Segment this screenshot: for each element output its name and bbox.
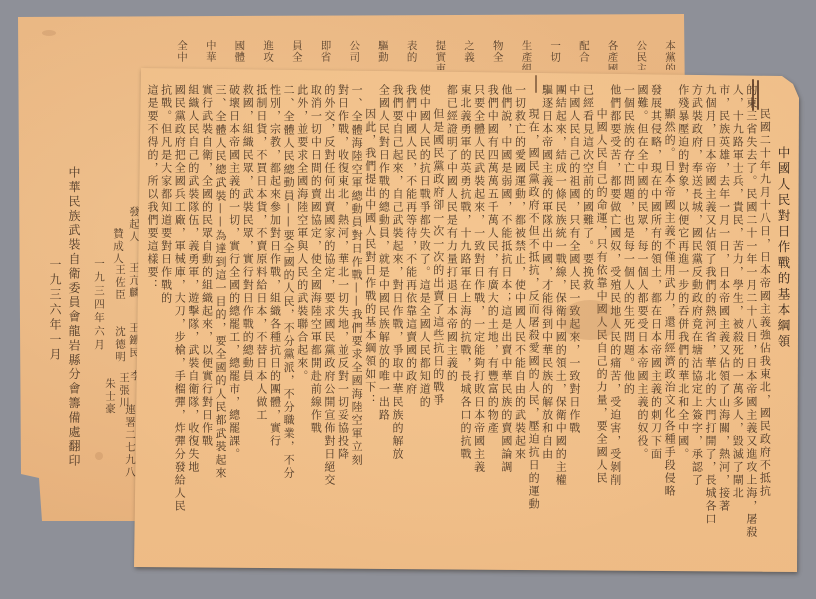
text-column: 發展其侵略，現在中國所有的領土，都在日本帝國主義的刺刀下面 — [650, 84, 663, 560]
staple-mark — [535, 75, 537, 93]
text-column: 一切救亡的愛國運動，都被禁止，使中國人民不能自由的武裝起來 — [513, 84, 526, 560]
text-column: 九個月，日本帝國主義又佔領了我們的熱河省，華北的大門打開了，長城各口 — [704, 84, 717, 560]
text-column: 一個民族的存亡問題，也是每一個人的生死問題。他的 — [622, 84, 635, 560]
text-column: 作殘暴壓迫的對象，以便它再進一步的吞併我們的華北和全中國。 — [677, 84, 690, 560]
text-column: 抗戰。但凡是大家都知道要對日作戰的 — [160, 84, 173, 560]
text-column: 東北義勇軍的英勇抗戰，十九路軍在上海的抗戰，長城各口的抗戰 — [459, 84, 472, 560]
text-column: 民國二十年九月十八日，日本帝國主義強佔我東北，國民政府不抵抗 — [758, 84, 771, 560]
text-column: 對日作戰，收復東北，熱河，華北一切失地，並反對一切妥協投降 — [337, 84, 350, 560]
text-column: 國難。但在全中國的民眾，每一個人都要受日本帝國主義的奴役。 — [636, 84, 649, 560]
staple-mark — [757, 80, 759, 110]
text-column: 他們說，中國是弱國，不能抵抗日本；這是出賣中華民族的賣國論調 — [500, 84, 513, 560]
text-column: 取消一切中日間的賣國協定，使全國海陸空軍都開赴前線作戰 — [309, 84, 322, 560]
text-column: 的外交，反對任何出賣國家的協定，要求國民黨政府公開宣佈對日絕交 — [323, 84, 336, 560]
section-heading-column: 二、全體人民總動員——要全國的人民，不分黨派，不分職業，不分 — [282, 84, 295, 560]
text-column: 國民黨政府把全國兵工廠，軍械庫，大刀，步槍，手榴彈，炸彈分發給人民 — [173, 84, 186, 560]
text-column: 現在，國民黨政府不但不抵抗，反而屠殺愛國的人民，壓迫抗日的運動 — [527, 84, 540, 560]
document-title: 中國人民對日作戰的基本綱領 — [776, 146, 790, 350]
text-column: 我們中國人民，不能再等待，不能再依靠這賣國的政府 — [405, 84, 418, 560]
text-column: 全國人民對日作戰的總動員，就是中國民族解放的唯一出路 — [377, 84, 390, 560]
text-column: 性別，宗教，都起來參加對日作戰，組織各種抗日的團體，實行 — [268, 84, 281, 560]
text-column: 這是要不得的，所以我們要這樣要： — [146, 84, 159, 560]
text-column: 使中國人民的抗日戰爭都失敗了。這是全國人民都知道的 — [418, 84, 431, 560]
text-column: 方武裝政府，奉送長城，國民黨反動政府竟在塘沽協定上簽字，承認了 — [690, 84, 703, 560]
text-column: 抵制日貨，不買日本貨，不賣原料給日本，不替日本人做工 — [255, 84, 268, 560]
text-column: 此外，並要求全國海陸空軍與人民的武裝聯合起來。 — [296, 84, 309, 560]
text-column: 但是國民黨政府卻一次一次的出賣了這些抗日的戰爭 — [432, 84, 445, 560]
front-sheet-shadow: 中國人民對日作戰的基本綱領 民國二十年九月十八日，日本帝國主義強佔我東北，國民政… — [0, 0, 816, 599]
text-column: 人，十九路軍士兵，貴民，苦力，學生，被殺死的一萬多人，毀滅了閘北 — [731, 84, 744, 560]
text-column: 只要全體人民武裝起來，一致對日作戰，一定能夠打敗日本帝國主義 — [473, 84, 486, 560]
text-column: 組織人民自己的武裝隊伍，義勇軍，遊擊隊，武裝自衛隊，收復失地 — [187, 84, 200, 560]
paper-stain — [560, 300, 620, 340]
section-heading-column: 一、全體海陸空軍總動員對日作戰——我們要求全國海陸空軍立刻 — [350, 84, 363, 560]
text-column: 因此，我們提出中國人民對日作戰的基本綱領如下： — [364, 84, 377, 560]
text-column: 實行武裝自衛，全國的民眾自動的組織起來，以便實行對日作戰 — [200, 84, 213, 560]
text-column: 顯然的。日本帝國主義不僅用武力，還用經濟政治文化各種手段侵略 — [663, 84, 676, 560]
text-column: 的東三省失去了。民國二十一年一月二十八日，日本帝國主義又進攻上海，屠殺 — [745, 84, 758, 560]
text-column: 都已經證明了中國人民是有力量打退日本帝國主義的 — [445, 84, 458, 560]
text-column: 破壞日本帝國主義的一切，實行全國的總罷工，總罷市，總罷課。 — [228, 84, 241, 560]
text-column: 驅逐日本帝國主義的軍隊出中國，才能得到中華民族的解放和自由 — [541, 84, 554, 560]
text-column: 我們中國有四萬萬五千萬人民，有廣大的土地，有豐富的物產 — [486, 84, 499, 560]
text-column: 救國，組織民眾，武裝民眾，實行對日作戰的總動員 — [241, 84, 254, 560]
section-heading-column: 三、全體人民總武裝——為達到這一目的，要全國的人民都武裝起來 — [214, 84, 227, 560]
front-sheet-body: 民國二十年九月十八日，日本帝國主義強佔我東北，國民政府不抵抗的東三省失去了。民國… — [146, 84, 772, 560]
staple-mark — [752, 79, 754, 111]
text-column: 我們要自己起來，自己武裝起來，對日作戰，爭取中華民族的解放 — [391, 84, 404, 560]
front-sheet: 中國人民對日作戰的基本綱領 民國二十年九月十八日，日本帝國主義強佔我東北，國民政… — [0, 0, 816, 599]
text-column: 市，民族英雄，去年一月一日，日本帝國主義又佔領了山海關，熱河，接著 — [718, 84, 731, 560]
